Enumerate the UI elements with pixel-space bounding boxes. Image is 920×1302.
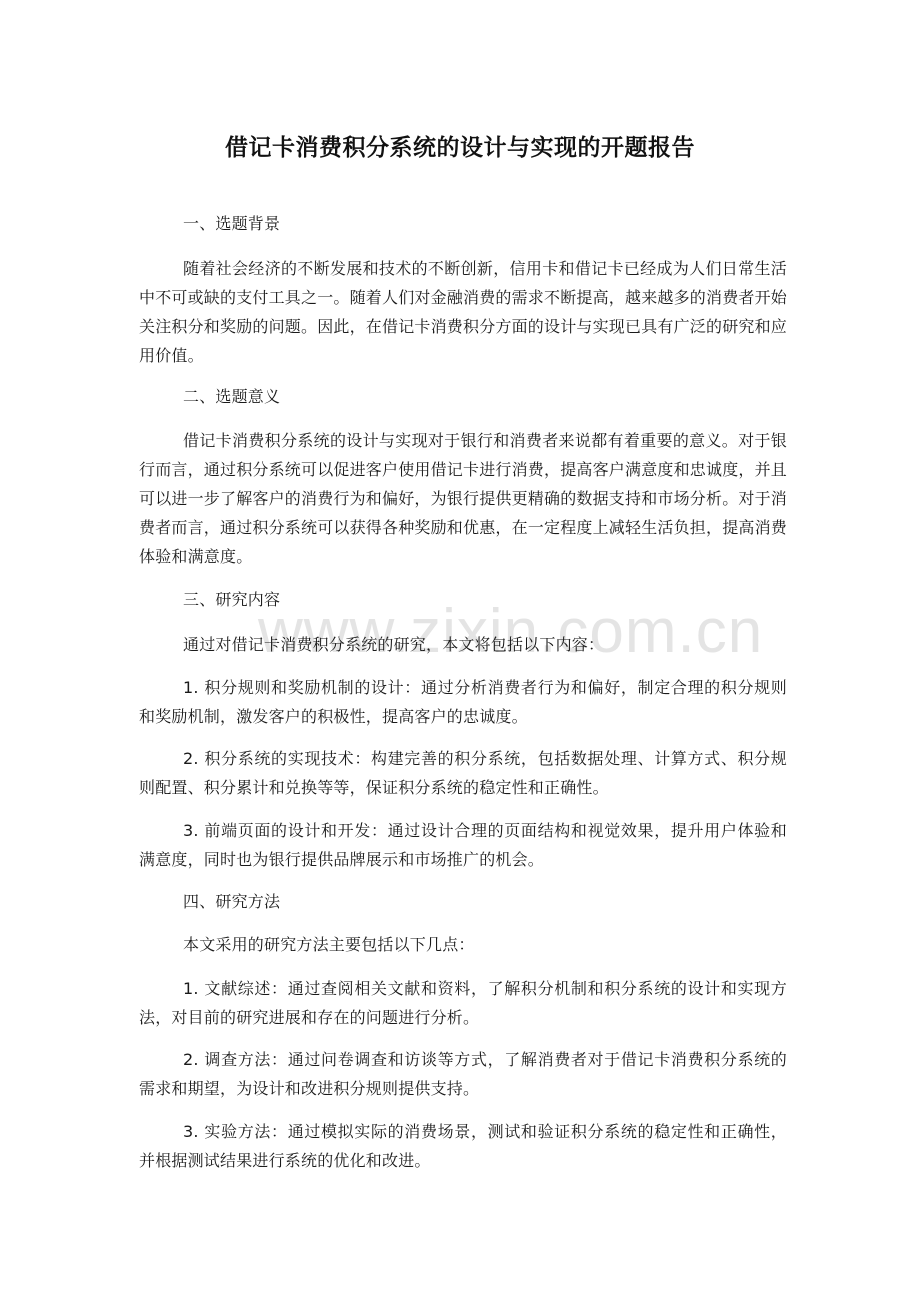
list-item-research-methods-3: 3. 实验方法：通过模拟实际的消费场景，测试和验证积分系统的稳定性和正确性，并根… [139, 1117, 787, 1175]
paragraph-significance: 借记卡消费积分系统的设计与实现对于银行和消费者来说都有着重要的意义。对于银行而言… [139, 426, 787, 571]
document-title: 借记卡消费积分系统的设计与实现的开题报告 [0, 130, 920, 166]
section-heading-significance: 二、选题意义 [139, 382, 787, 411]
list-item-research-methods-1: 1. 文献综述：通过查阅相关文献和资料，了解积分机制和积分系统的设计和实现方法，… [139, 974, 787, 1032]
list-item-research-content-3: 3. 前端页面的设计和开发：通过设计合理的页面结构和视觉效果，提升用户体验和满意… [139, 816, 787, 874]
list-item-research-content-2: 2. 积分系统的实现技术：构建完善的积分系统，包括数据处理、计算方式、积分规则配… [139, 744, 787, 802]
paragraph-research-methods-intro: 本文采用的研究方法主要包括以下几点： [139, 930, 787, 959]
paragraph-background: 随着社会经济的不断发展和技术的不断创新，信用卡和借记卡已经成为人们日常生活中不可… [139, 254, 787, 370]
section-heading-research-content: 三、研究内容 [139, 585, 787, 614]
paragraph-research-content-intro: 通过对借记卡消费积分系统的研究，本文将包括以下内容： [139, 630, 787, 659]
list-item-research-content-1: 1. 积分规则和奖励机制的设计：通过分析消费者行为和偏好，制定合理的积分规则和奖… [139, 673, 787, 731]
section-heading-background: 一、选题背景 [139, 209, 787, 238]
list-item-research-methods-2: 2. 调查方法：通过问卷调查和访谈等方式，了解消费者对于借记卡消费积分系统的需求… [139, 1045, 787, 1103]
section-heading-research-methods: 四、研究方法 [139, 887, 787, 916]
document-page: www.zixin.com.cn 借记卡消费积分系统的设计与实现的开题报告 一、… [0, 0, 920, 1302]
